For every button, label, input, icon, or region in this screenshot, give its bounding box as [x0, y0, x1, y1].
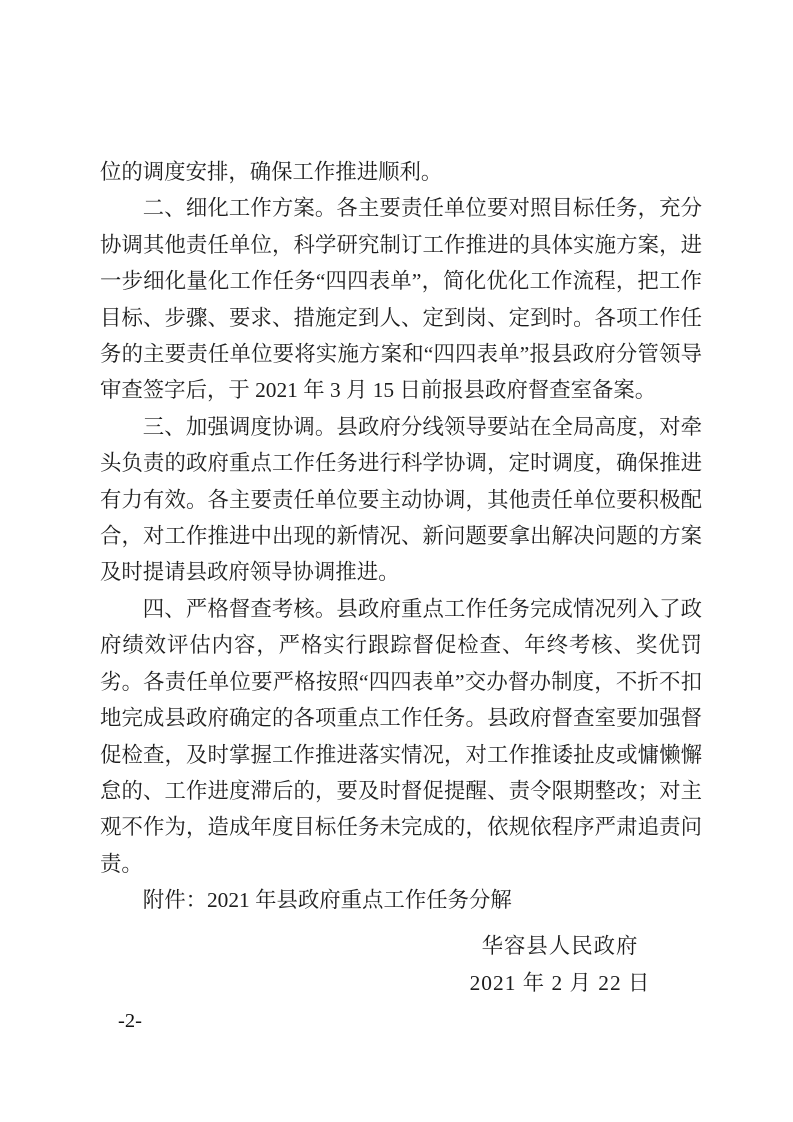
paragraph-section-2: 二、细化工作方案。各主要责任单位要对照目标任务，充分协调其他责任单位，科学研究制… [100, 190, 702, 408]
signer-name: 华容县人民政府 [420, 928, 700, 965]
attachment-line: 附件：2021 年县政府重点工作任务分解 [100, 882, 702, 918]
signature-date: 2021 年 2 月 22 日 [420, 965, 700, 1002]
paragraph-section-4: 四、严格督查考核。县政府重点工作任务完成情况列入了政府绩效评估内容，严格实行跟踪… [100, 591, 702, 882]
paragraph-section-3: 三、加强调度协调。县政府分线领导要站在全局高度，对牵头负责的政府重点工作任务进行… [100, 409, 702, 591]
paragraph-continuation: 位的调度安排，确保工作推进顺利。 [100, 154, 702, 190]
signature-block: 华容县人民政府 2021 年 2 月 22 日 [420, 928, 700, 1002]
document-body: 位的调度安排，确保工作推进顺利。 二、细化工作方案。各主要责任单位要对照目标任务… [100, 154, 702, 919]
page-number: -2- [118, 1010, 142, 1032]
document-page: 位的调度安排，确保工作推进顺利。 二、细化工作方案。各主要责任单位要对照目标任务… [0, 0, 793, 1122]
